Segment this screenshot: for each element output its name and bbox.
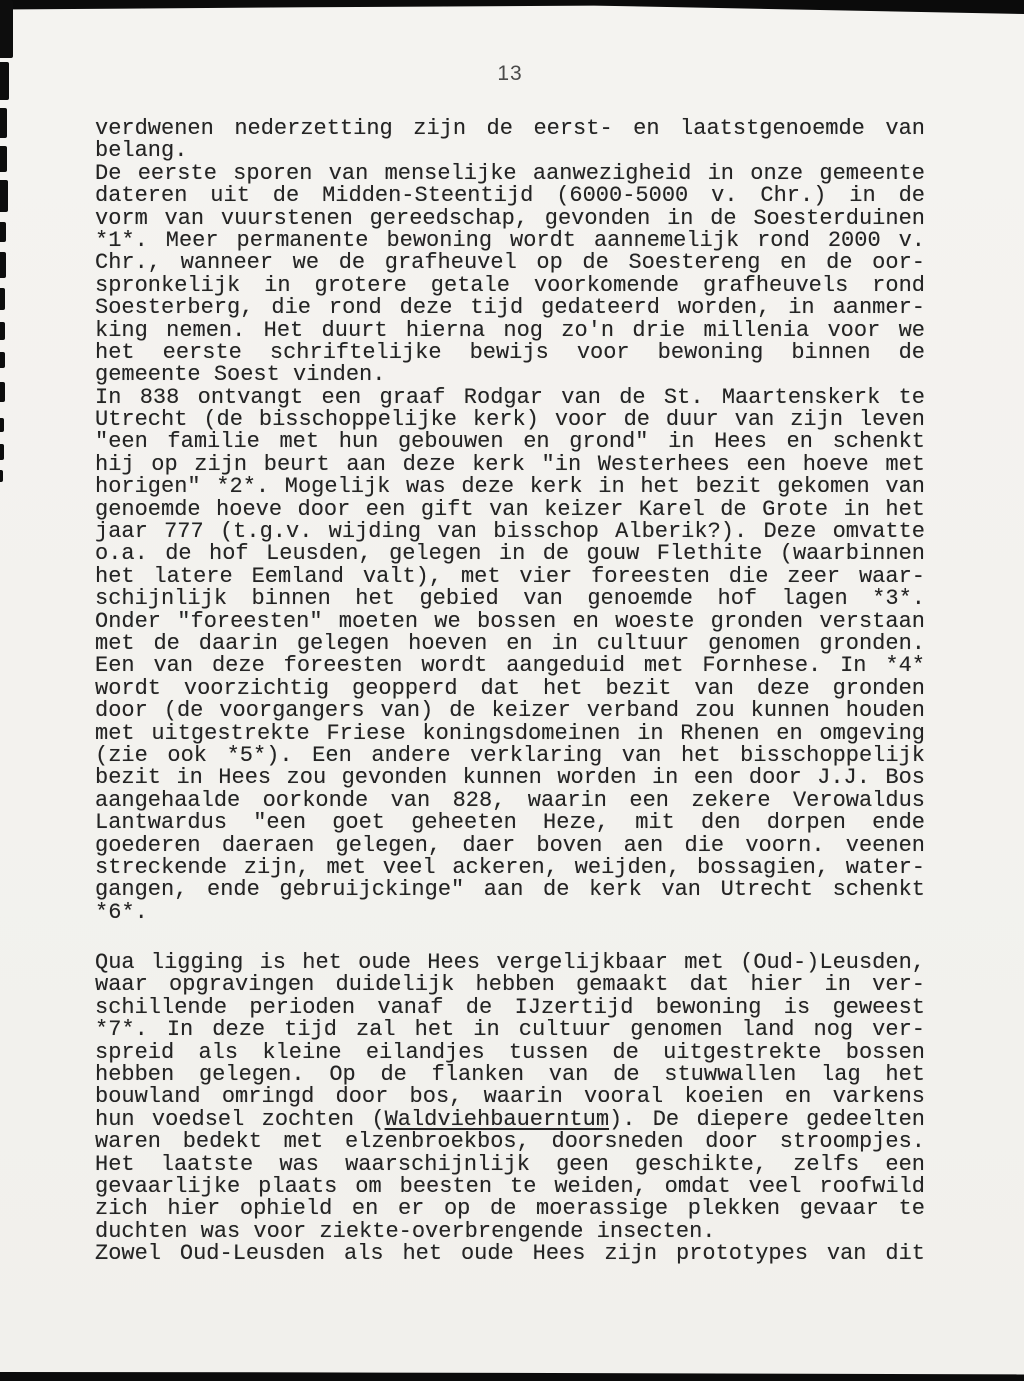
scan-artifact-edge-mark: [0, 62, 9, 100]
text-segment: gemeente Soest vinden.: [95, 362, 385, 387]
scan-artifact-bottom-bar: [0, 1369, 1024, 1381]
text-segment: "een familie met hun gebouwen en grond" …: [95, 429, 925, 454]
paragraph-1: verdwenen nederzetting zijn de eerst- en…: [95, 118, 925, 924]
text-segment: In 838 ontvangt een graaf Rodgar van de …: [95, 385, 925, 410]
text-line: het latere Eemland valt), met vier foree…: [95, 566, 925, 588]
text-line: gangen, ende gebruijckinge" aan de kerk …: [95, 879, 925, 901]
underlined-term: Waldviehbauerntum: [385, 1107, 609, 1132]
text-line: verdwenen nederzetting zijn de eerst- en…: [95, 118, 925, 140]
text-segment: (zie ook *5*). Een andere verklaring van…: [95, 743, 925, 768]
scan-artifact-edge-mark: [0, 418, 4, 432]
text-segment: bouwland omringd door bos, waarin vooral…: [95, 1084, 925, 1109]
text-line: Onder "foreesten" moeten we bossen en wo…: [95, 611, 925, 633]
scan-artifact-edge-mark: [0, 146, 7, 172]
text-line: o.a. de hof Leusden, gelegen in de gouw …: [95, 543, 925, 565]
text-segment: goederen daeraen gelegen, daer boven aen…: [95, 833, 925, 858]
text-line: Chr., wanneer we de grafheuvel op de Soe…: [95, 252, 925, 274]
text-line: wordt voorzichtig geopperd dat het bezit…: [95, 678, 925, 700]
text-line: Utrecht (de bisschoppelijke kerk) voor d…: [95, 409, 925, 431]
scan-artifact-edge-mark: [0, 470, 3, 482]
text-line: belang.: [95, 140, 925, 162]
scan-artifact-edge-mark: [0, 222, 6, 242]
text-segment: jaar 777 (t.g.v. wijding van bisschop Al…: [95, 519, 925, 544]
text-line: horigen" *2*. Mogelijk was deze kerk in …: [95, 476, 925, 498]
text-segment: Een van deze foreesten wordt aangeduid m…: [95, 653, 925, 678]
text-line: hij op zijn beurt aan deze kerk "in West…: [95, 454, 925, 476]
text-line: jaar 777 (t.g.v. wijding van bisschop Al…: [95, 521, 925, 543]
text-line: bouwland omringd door bos, waarin vooral…: [95, 1086, 925, 1108]
text-segment: waar opgravingen duidelijk hebben gemaak…: [95, 972, 925, 997]
scanned-page: 13 verdwenen nederzetting zijn de eerst-…: [0, 0, 1024, 1381]
text-segment: bezit in Hees zou gevonden kunnen worden…: [95, 765, 925, 790]
text-line: Een van deze foreesten wordt aangeduid m…: [95, 655, 925, 677]
text-segment: waren bedekt met elzenbroekbos, doorsned…: [95, 1129, 925, 1154]
text-segment: gangen, ende gebruijckinge" aan de kerk …: [95, 877, 925, 902]
text-segment: het latere Eemland valt), met vier foree…: [95, 564, 925, 589]
text-segment: verdwenen nederzetting zijn de eerst- en…: [95, 116, 925, 141]
text-line: Qua ligging is het oude Hees vergelijkba…: [95, 952, 925, 974]
scan-artifact-edge-mark: [0, 0, 13, 58]
scan-artifact-edge-mark: [0, 108, 7, 138]
text-segment: spronkelijk in grotere getale voorkomend…: [95, 273, 925, 298]
text-line: het eerste schriftelijke bewijs voor bew…: [95, 342, 925, 364]
text-segment: vorm van vuurstenen gereedschap, gevonde…: [95, 206, 925, 231]
text-segment: duchten was voor ziekte-overbrengende in…: [95, 1219, 716, 1244]
text-segment: met de daarin gelegen hoeven en in cultu…: [95, 631, 925, 656]
text-line: *6*.: [95, 902, 925, 924]
text-segment: genoemde hoeve door een gift van keizer …: [95, 497, 925, 522]
text-segment: zich hier ophield en er op de moerassige…: [95, 1196, 925, 1221]
text-segment: hij op zijn beurt aan deze kerk "in West…: [95, 452, 925, 477]
text-line: gevaarlijke plaats om beesten te weiden,…: [95, 1176, 925, 1198]
text-line: met de daarin gelegen hoeven en in cultu…: [95, 633, 925, 655]
text-segment: met uitgestrekte Friese koningsdomeinen …: [95, 721, 925, 746]
scan-artifact-edge-marks: [0, 0, 16, 520]
text-line: aangehaalde oorkonde van 828, waarin een…: [95, 790, 925, 812]
scan-artifact-edge-mark: [0, 382, 5, 402]
text-segment: schillende perioden vanaf de IJzertijd b…: [95, 995, 925, 1020]
text-line: duchten was voor ziekte-overbrengende in…: [95, 1221, 925, 1243]
text-line: king nemen. Het duurt hierna nog zo'n dr…: [95, 320, 925, 342]
text-line: vorm van vuurstenen gereedschap, gevonde…: [95, 208, 925, 230]
text-segment: Het laatste was waarschijnlijk geen gesc…: [95, 1152, 925, 1177]
text-segment: Zowel Oud-Leusden als het oude Hees zijn…: [95, 1241, 925, 1266]
text-line: goederen daeraen gelegen, daer boven aen…: [95, 835, 925, 857]
scan-artifact-top-bar: [0, 0, 1024, 14]
text-line: hebben gelegen. Op de flanken van de stu…: [95, 1064, 925, 1086]
text-segment: Onder "foreesten" moeten we bossen en wo…: [95, 609, 925, 634]
text-line: Soesterberg, die rond deze tijd gedateer…: [95, 297, 925, 319]
text-segment: Qua ligging is het oude Hees vergelijkba…: [95, 950, 925, 975]
text-segment: spreid als kleine eilandjes tussen de ui…: [95, 1040, 925, 1065]
scan-artifact-edge-mark: [0, 252, 6, 278]
scan-artifact-edge-mark: [0, 180, 8, 212]
scan-artifact-edge-mark: [0, 444, 4, 460]
text-line: door (de voorgangers van) de keizer verb…: [95, 700, 925, 722]
text-segment: ). De diepere gedeelten: [609, 1107, 925, 1132]
text-segment: Lantwardus "een goet geheeten Heze, mit …: [95, 810, 925, 835]
text-line: In 838 ontvangt een graaf Rodgar van de …: [95, 387, 925, 409]
text-line: (zie ook *5*). Een andere verklaring van…: [95, 745, 925, 767]
text-line: De eerste sporen van menselijke aanwezig…: [95, 163, 925, 185]
text-segment: Soesterberg, die rond deze tijd gedateer…: [95, 295, 925, 320]
scan-artifact-edge-mark: [0, 288, 5, 310]
text-line: genoemde hoeve door een gift van keizer …: [95, 499, 925, 521]
text-segment: *7*. In deze tijd zal het in cultuur gen…: [95, 1017, 925, 1042]
text-segment: *6*.: [95, 900, 148, 925]
text-line: met uitgestrekte Friese koningsdomeinen …: [95, 723, 925, 745]
text-segment: horigen" *2*. Mogelijk was deze kerk in …: [95, 474, 925, 499]
text-line: "een familie met hun gebouwen en grond" …: [95, 431, 925, 453]
text-line: zich hier ophield en er op de moerassige…: [95, 1198, 925, 1220]
scan-artifact-edge-mark: [0, 352, 5, 368]
paragraph-2: Qua ligging is het oude Hees vergelijkba…: [95, 952, 925, 1265]
page-number: 13: [95, 62, 925, 86]
text-line: *1*. Meer permanente bewoning wordt aann…: [95, 230, 925, 252]
text-segment: o.a. de hof Leusden, gelegen in de gouw …: [95, 541, 925, 566]
text-segment: Chr., wanneer we de grafheuvel op de Soe…: [95, 250, 925, 275]
text-segment: *1*. Meer permanente bewoning wordt aann…: [95, 228, 925, 253]
text-segment: aangehaalde oorkonde van 828, waarin een…: [95, 788, 925, 813]
text-segment: wordt voorzichtig geopperd dat het bezit…: [95, 676, 925, 701]
text-line: spreid als kleine eilandjes tussen de ui…: [95, 1042, 925, 1064]
text-line: gemeente Soest vinden.: [95, 364, 925, 386]
text-segment: De eerste sporen van menselijke aanwezig…: [95, 161, 925, 186]
scan-artifact-edge-mark: [0, 322, 5, 340]
text-line: bezit in Hees zou gevonden kunnen worden…: [95, 767, 925, 789]
text-segment: belang.: [95, 138, 187, 163]
text-line: hun voedsel zochten (Waldviehbauerntum).…: [95, 1109, 925, 1131]
text-segment: streckende zijn, met veel ackeren, weijd…: [95, 855, 925, 880]
text-line: Het laatste was waarschijnlijk geen gesc…: [95, 1154, 925, 1176]
body-text: verdwenen nederzetting zijn de eerst- en…: [95, 118, 925, 1266]
text-line: schijnlijk binnen het gebied van genoemd…: [95, 588, 925, 610]
text-line: Zowel Oud-Leusden als het oude Hees zijn…: [95, 1243, 925, 1265]
text-line: *7*. In deze tijd zal het in cultuur gen…: [95, 1019, 925, 1041]
text-line: schillende perioden vanaf de IJzertijd b…: [95, 997, 925, 1019]
text-segment: dateren uit de Midden-Steentijd (6000-50…: [95, 183, 925, 208]
text-segment: gevaarlijke plaats om beesten te weiden,…: [95, 1174, 925, 1199]
text-segment: door (de voorgangers van) de keizer verb…: [95, 698, 925, 723]
text-segment: king nemen. Het duurt hierna nog zo'n dr…: [95, 318, 925, 343]
text-line: streckende zijn, met veel ackeren, weijd…: [95, 857, 925, 879]
text-line: Lantwardus "een goet geheeten Heze, mit …: [95, 812, 925, 834]
text-line: waar opgravingen duidelijk hebben gemaak…: [95, 974, 925, 996]
text-line: waren bedekt met elzenbroekbos, doorsned…: [95, 1131, 925, 1153]
text-segment: hun voedsel zochten (: [95, 1107, 385, 1132]
text-segment: het eerste schriftelijke bewijs voor bew…: [95, 340, 925, 365]
text-segment: hebben gelegen. Op de flanken van de stu…: [95, 1062, 925, 1087]
text-segment: Utrecht (de bisschoppelijke kerk) voor d…: [95, 407, 925, 432]
text-line: dateren uit de Midden-Steentijd (6000-50…: [95, 185, 925, 207]
text-segment: schijnlijk binnen het gebied van genoemd…: [95, 586, 925, 611]
text-line: spronkelijk in grotere getale voorkomend…: [95, 275, 925, 297]
